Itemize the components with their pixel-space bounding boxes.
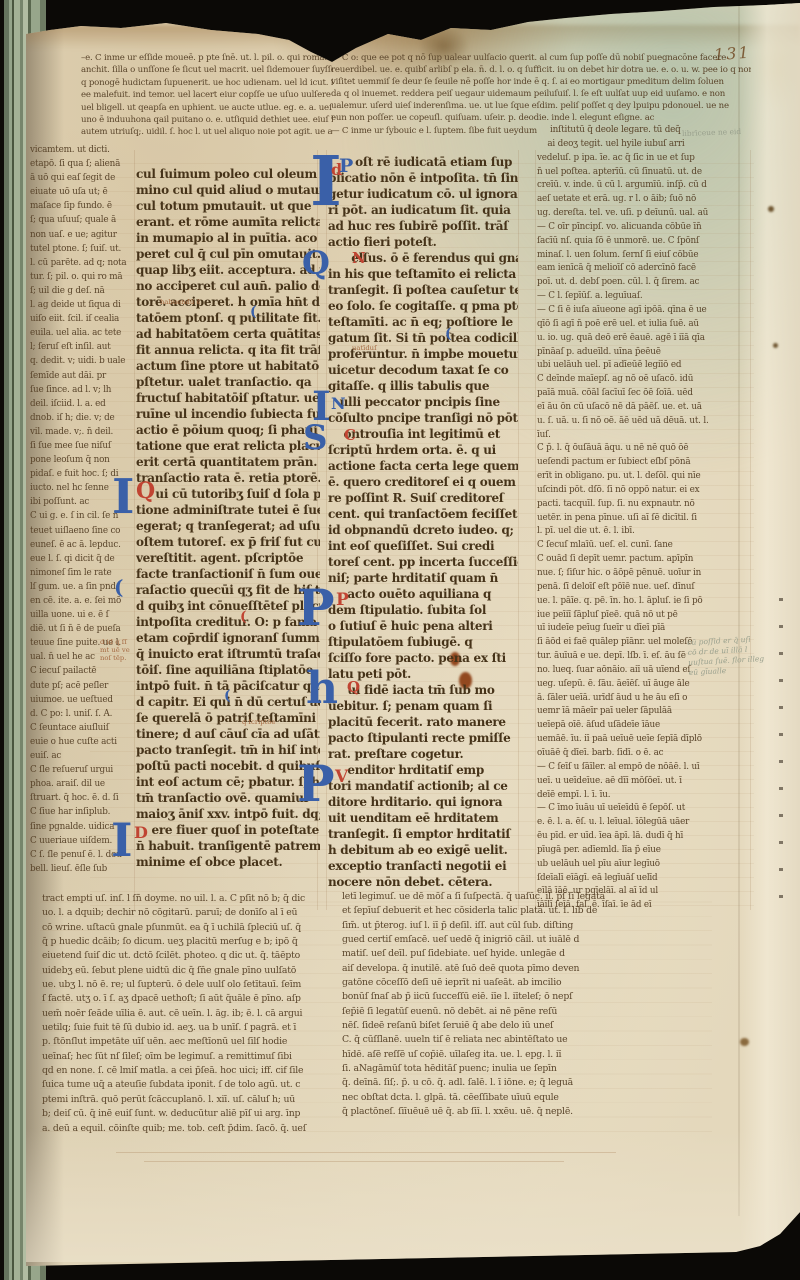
small-stain: [773, 343, 778, 348]
bottom-gloss-right-column: letī legimuſ. ue dē mōſ a ſi ſuſpectā. q…: [342, 890, 700, 1124]
manuscript-photo: 131 –e. C inme ur eſſide moueē. p pte ſn…: [0, 0, 800, 1280]
rubric-letter-D: D: [134, 825, 148, 841]
small-stain: [740, 1038, 749, 1046]
column-rule: [535, 150, 536, 910]
bottom-gloss-left-column: tract empti uſ. inſ. l ſn̄ doyme. no uil…: [42, 892, 322, 1138]
small-stain: [768, 206, 774, 212]
illuminated-initial-I: I: [112, 473, 134, 521]
right-margin-gloss: inſtitutū q̄ deole legare. tū deq̄ ai de…: [537, 124, 753, 916]
illuminated-letter-N: N: [331, 396, 346, 412]
bottom-parchment-light: [26, 1128, 800, 1262]
illuminated-initial-I: I: [310, 148, 342, 216]
interlinear-note: habuendū ē: [160, 298, 200, 306]
rubric-letter-P: P: [336, 592, 349, 609]
blank-ruling-line: [116, 1152, 616, 1153]
paraph-mark: (: [445, 327, 452, 341]
illuminated-initial-P: P: [297, 759, 335, 809]
column-rule: [518, 150, 519, 910]
illuminated-initial-h: h: [306, 667, 338, 711]
top-gloss-left-block: –e. C inme ur eſſide moueē. p pte ſnē. u…: [81, 52, 333, 144]
paraph-mark: (: [114, 577, 123, 597]
main-text-column-left: cul ſuimum poleo cul oleum pmino cul qui…: [136, 166, 320, 878]
rubric-letter-Q: Q: [347, 680, 360, 695]
interlinear-note: q ſcriptōe: [242, 718, 275, 726]
rubric-letter-N: N: [352, 251, 366, 266]
paraph-mark: (: [224, 689, 231, 703]
page-edge-dots: [779, 598, 783, 910]
paraph-mark: (: [240, 610, 247, 624]
illuminated-initial-I: I: [111, 817, 133, 863]
illuminated-letter-P: P: [339, 157, 353, 176]
manuscript-page: 131 –e. C inme ur eſſide moueē. p pte ſn…: [26, 0, 800, 1280]
illuminated-initial-S: S: [303, 421, 328, 455]
interlinear-note: uatīduſ: [352, 344, 377, 352]
illuminated-initial-P: P: [297, 583, 335, 633]
pencil-marginal-note: cū poſſid er q̄ uſicō dr de uī illā luuſ…: [687, 634, 765, 678]
rubric-letter-V: V: [335, 769, 348, 786]
paraph-mark: (: [250, 305, 257, 319]
rubric-letter-Q: Q: [136, 480, 155, 502]
blank-ruling-line: [144, 1161, 564, 1162]
red-marginal-note: d id q ſſmt uē venoſ tēp.: [100, 638, 130, 662]
illuminated-initial-Q: Q: [302, 247, 330, 279]
rubric-letter-C: C: [344, 428, 356, 443]
